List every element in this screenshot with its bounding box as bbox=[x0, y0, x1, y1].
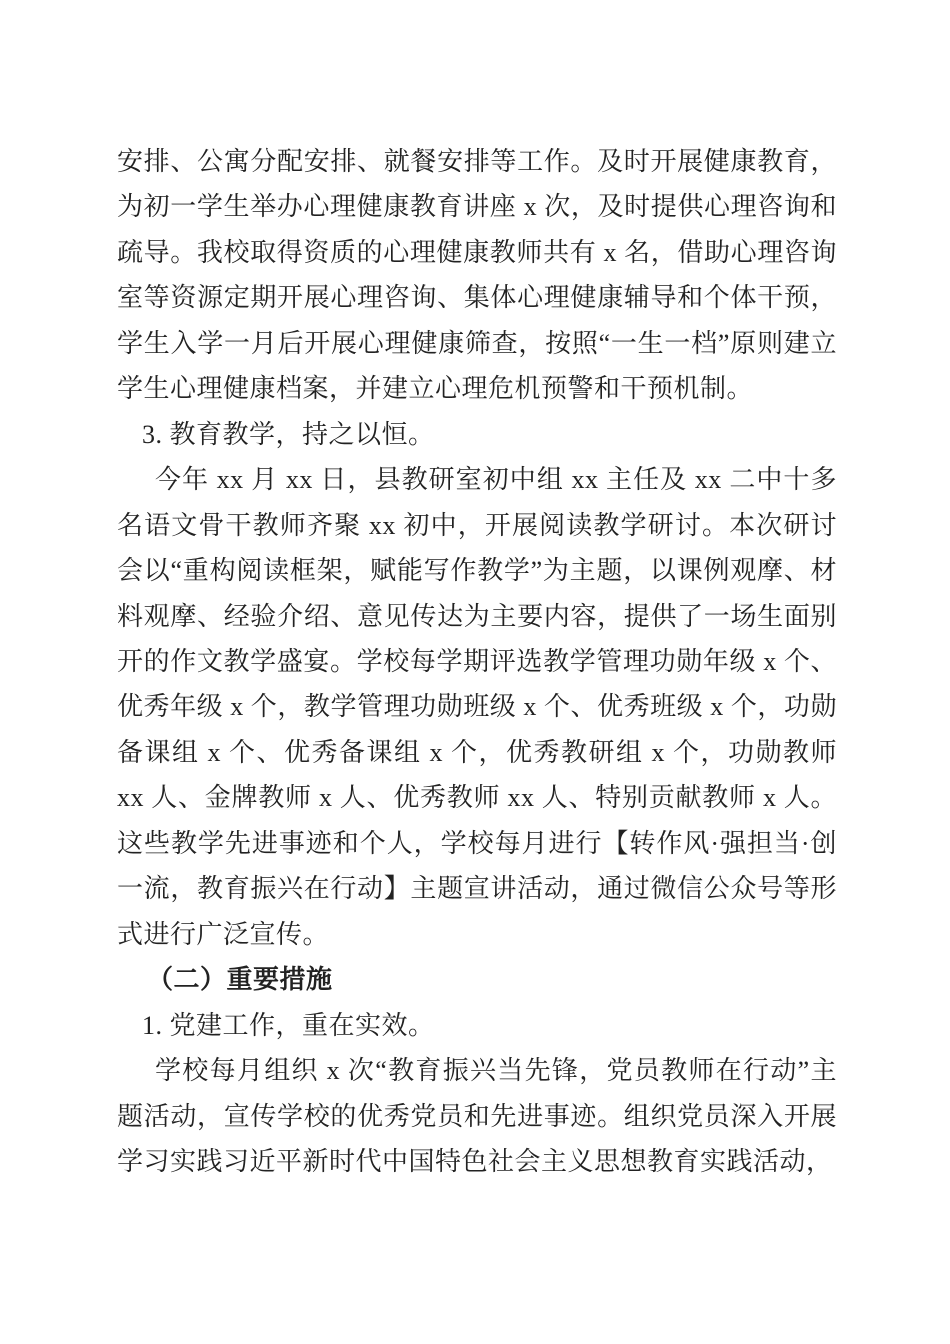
paragraph-body: 学校每月组织 x 次“教育振兴当先锋，党员教师在行动”主题活动，宣传学校的优秀党… bbox=[117, 1048, 837, 1184]
heading-numbered-1: 1. 党建工作，重在实效。 bbox=[117, 1003, 837, 1048]
document-text-block: 安排、公寓分配安排、就餐安排等工作。及时开展健康教育，为初一学生举办心理健康教育… bbox=[117, 139, 837, 1184]
paragraph-continuation: 安排、公寓分配安排、就餐安排等工作。及时开展健康教育，为初一学生举办心理健康教育… bbox=[117, 139, 837, 412]
document-page: 安排、公寓分配安排、就餐安排等工作。及时开展健康教育，为初一学生举办心理健康教育… bbox=[0, 0, 950, 1344]
heading-numbered-3: 3. 教育教学，持之以恒。 bbox=[117, 412, 837, 457]
section-heading-bold: （二）重要措施 bbox=[117, 957, 837, 1002]
paragraph-body: 今年 xx 月 xx 日，县教研室初中组 xx 主任及 xx 二中十多名语文骨干… bbox=[117, 457, 837, 957]
